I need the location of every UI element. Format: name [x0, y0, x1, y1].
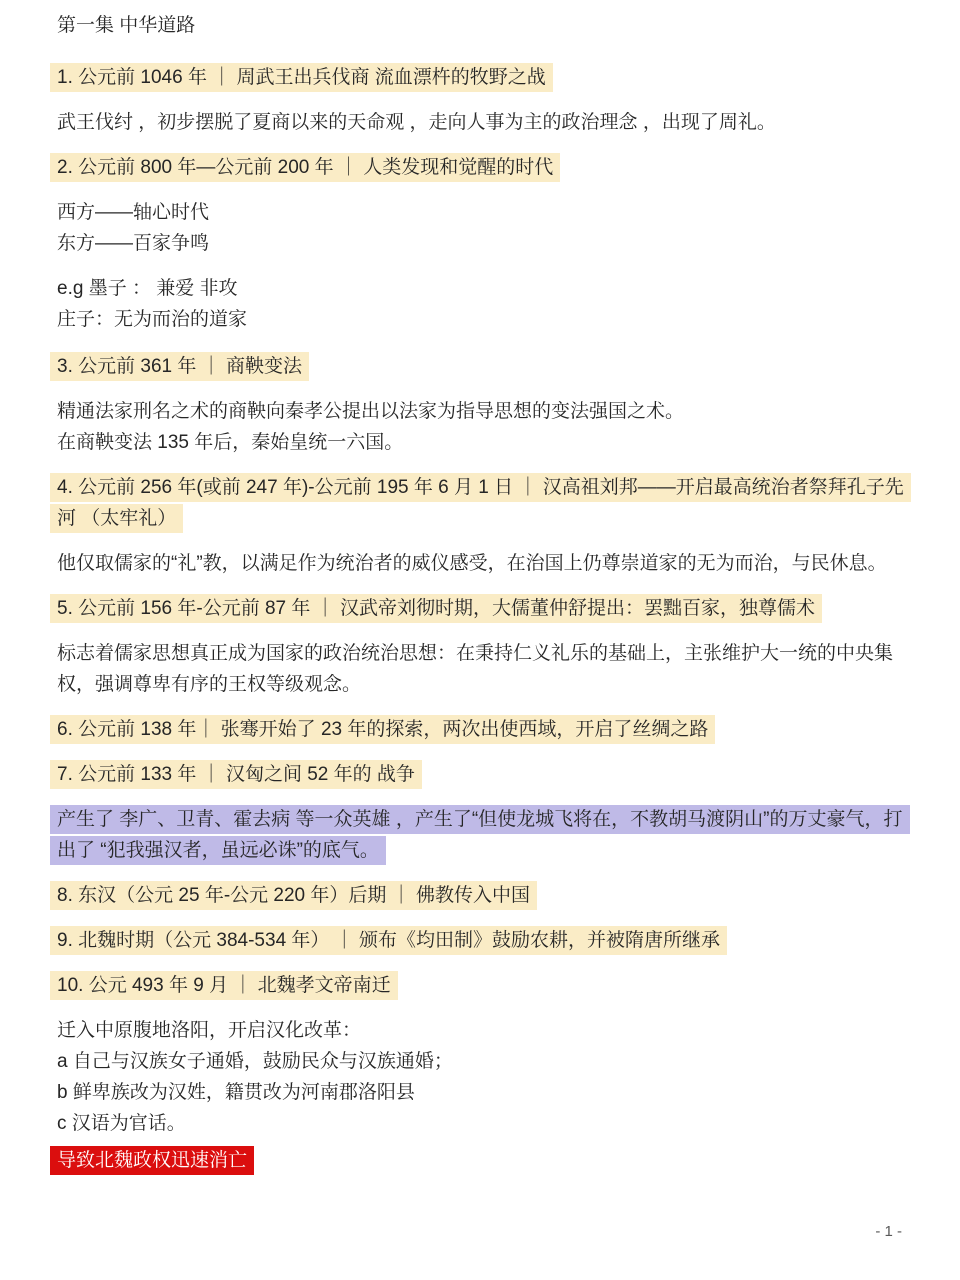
yellow-highlight: 2. 公元前 800 年—公元前 200 年 ｜ 人类发现和觉醒的时代 — [50, 153, 560, 182]
timeline-entry-9: 9. 北魏时期（公元 384-534 年） ｜ 颁布《均田制》鼓励农耕，并被隋唐… — [57, 925, 920, 956]
para-confucian-orthodoxy: 标志着儒家思想真正成为国家的政治统治思想：在秉持仁义礼乐的基础上，主张维护大一统… — [57, 638, 920, 700]
document-page: 第一集 中华道路 1. 公元前 1046 年 ｜ 周武王出兵伐商 流血漂杵的牧野… — [0, 0, 960, 1280]
timeline-entry-7: 7. 公元前 133 年 ｜ 汉匈之间 52 年的 战争 — [57, 759, 920, 790]
timeline-entry-8: 8. 东汉（公元 25 年-公元 220 年）后期 ｜ 佛教传入中国 — [57, 880, 920, 911]
purple-highlight: 产生了 李广、卫青、霍去病 等一众英雄 ，产生了“但使龙城飞将在，不教胡马渡阴山… — [50, 805, 910, 865]
yellow-highlight: 10. 公元 493 年 9 月 ｜ 北魏孝文帝南迁 — [50, 971, 398, 1000]
red-highlight: 导致北魏政权迅速消亡 — [50, 1146, 254, 1175]
para-axial-age: 西方——轴心时代 东方——百家争鸣 — [57, 197, 920, 259]
yellow-highlight: 4. 公元前 256 年(或前 247 年)-公元前 195 年 6 月 1 日… — [50, 473, 911, 533]
yellow-highlight: 8. 东汉（公元 25 年-公元 220 年）后期 ｜ 佛教传入中国 — [50, 881, 537, 910]
yellow-highlight: 1. 公元前 1046 年 ｜ 周武王出兵伐商 流血漂杵的牧野之战 — [50, 63, 553, 92]
timeline-entry-6: 6. 公元前 138 年｜ 张骞开始了 23 年的探索，两次出使西域，开启了丝绸… — [57, 714, 920, 745]
timeline-entry-5: 5. 公元前 156 年-公元前 87 年 ｜ 汉武帝刘彻时期，大儒董仲舒提出：… — [57, 593, 920, 624]
para-zhou-li: 武王伐纣 ，初步摆脱了夏商以来的天命观 ，走向人事为主的政治理念 ，出现了周礼。 — [57, 107, 920, 138]
para-hanization-reforms: 迁入中原腹地洛阳，开启汉化改革： a 自己与汉族女子通婚，鼓励民众与汉族通婚； … — [57, 1015, 920, 1139]
timeline-entry-4: 4. 公元前 256 年(或前 247 年)-公元前 195 年 6 月 1 日… — [57, 472, 920, 534]
timeline-entry-3: 3. 公元前 361 年 ｜ 商鞅变法 — [57, 351, 920, 382]
timeline-entry-2: 2. 公元前 800 年—公元前 200 年 ｜ 人类发现和觉醒的时代 — [57, 152, 920, 183]
yellow-highlight: 5. 公元前 156 年-公元前 87 年 ｜ 汉武帝刘彻时期，大儒董仲舒提出：… — [50, 594, 822, 623]
para-mozi-zhuangzi: e.g 墨子 ： 兼爱 非攻 庄子：无为而治的道家 — [57, 273, 920, 335]
yellow-highlight: 3. 公元前 361 年 ｜ 商鞅变法 — [50, 352, 309, 381]
page-number: - 1 - — [875, 1223, 902, 1240]
para-shangyang-reform: 精通法家刑名之术的商鞅向秦孝公提出以法家为指导思想的变法强国之术。 在商鞅变法 … — [57, 396, 920, 458]
timeline-entry-10: 10. 公元 493 年 9 月 ｜ 北魏孝文帝南迁 — [57, 970, 920, 1001]
yellow-highlight: 6. 公元前 138 年｜ 张骞开始了 23 年的探索，两次出使西域，开启了丝绸… — [50, 715, 715, 744]
warning-north-wei-collapse: 导致北魏政权迅速消亡 — [57, 1145, 920, 1176]
para-liu-bang-rites: 他仅取儒家的“礼”教，以满足作为统治者的威仪感受，在治国上仍尊崇道家的无为而治，… — [57, 548, 920, 579]
highlight-han-heroes: 产生了 李广、卫青、霍去病 等一众英雄 ，产生了“但使龙城飞将在，不教胡马渡阴山… — [57, 804, 920, 866]
timeline-entry-1: 1. 公元前 1046 年 ｜ 周武王出兵伐商 流血漂杵的牧野之战 — [57, 62, 920, 93]
doc-title: 第一集 中华道路 — [57, 14, 920, 38]
yellow-highlight: 9. 北魏时期（公元 384-534 年） ｜ 颁布《均田制》鼓励农耕，并被隋唐… — [50, 926, 727, 955]
yellow-highlight: 7. 公元前 133 年 ｜ 汉匈之间 52 年的 战争 — [50, 760, 422, 789]
